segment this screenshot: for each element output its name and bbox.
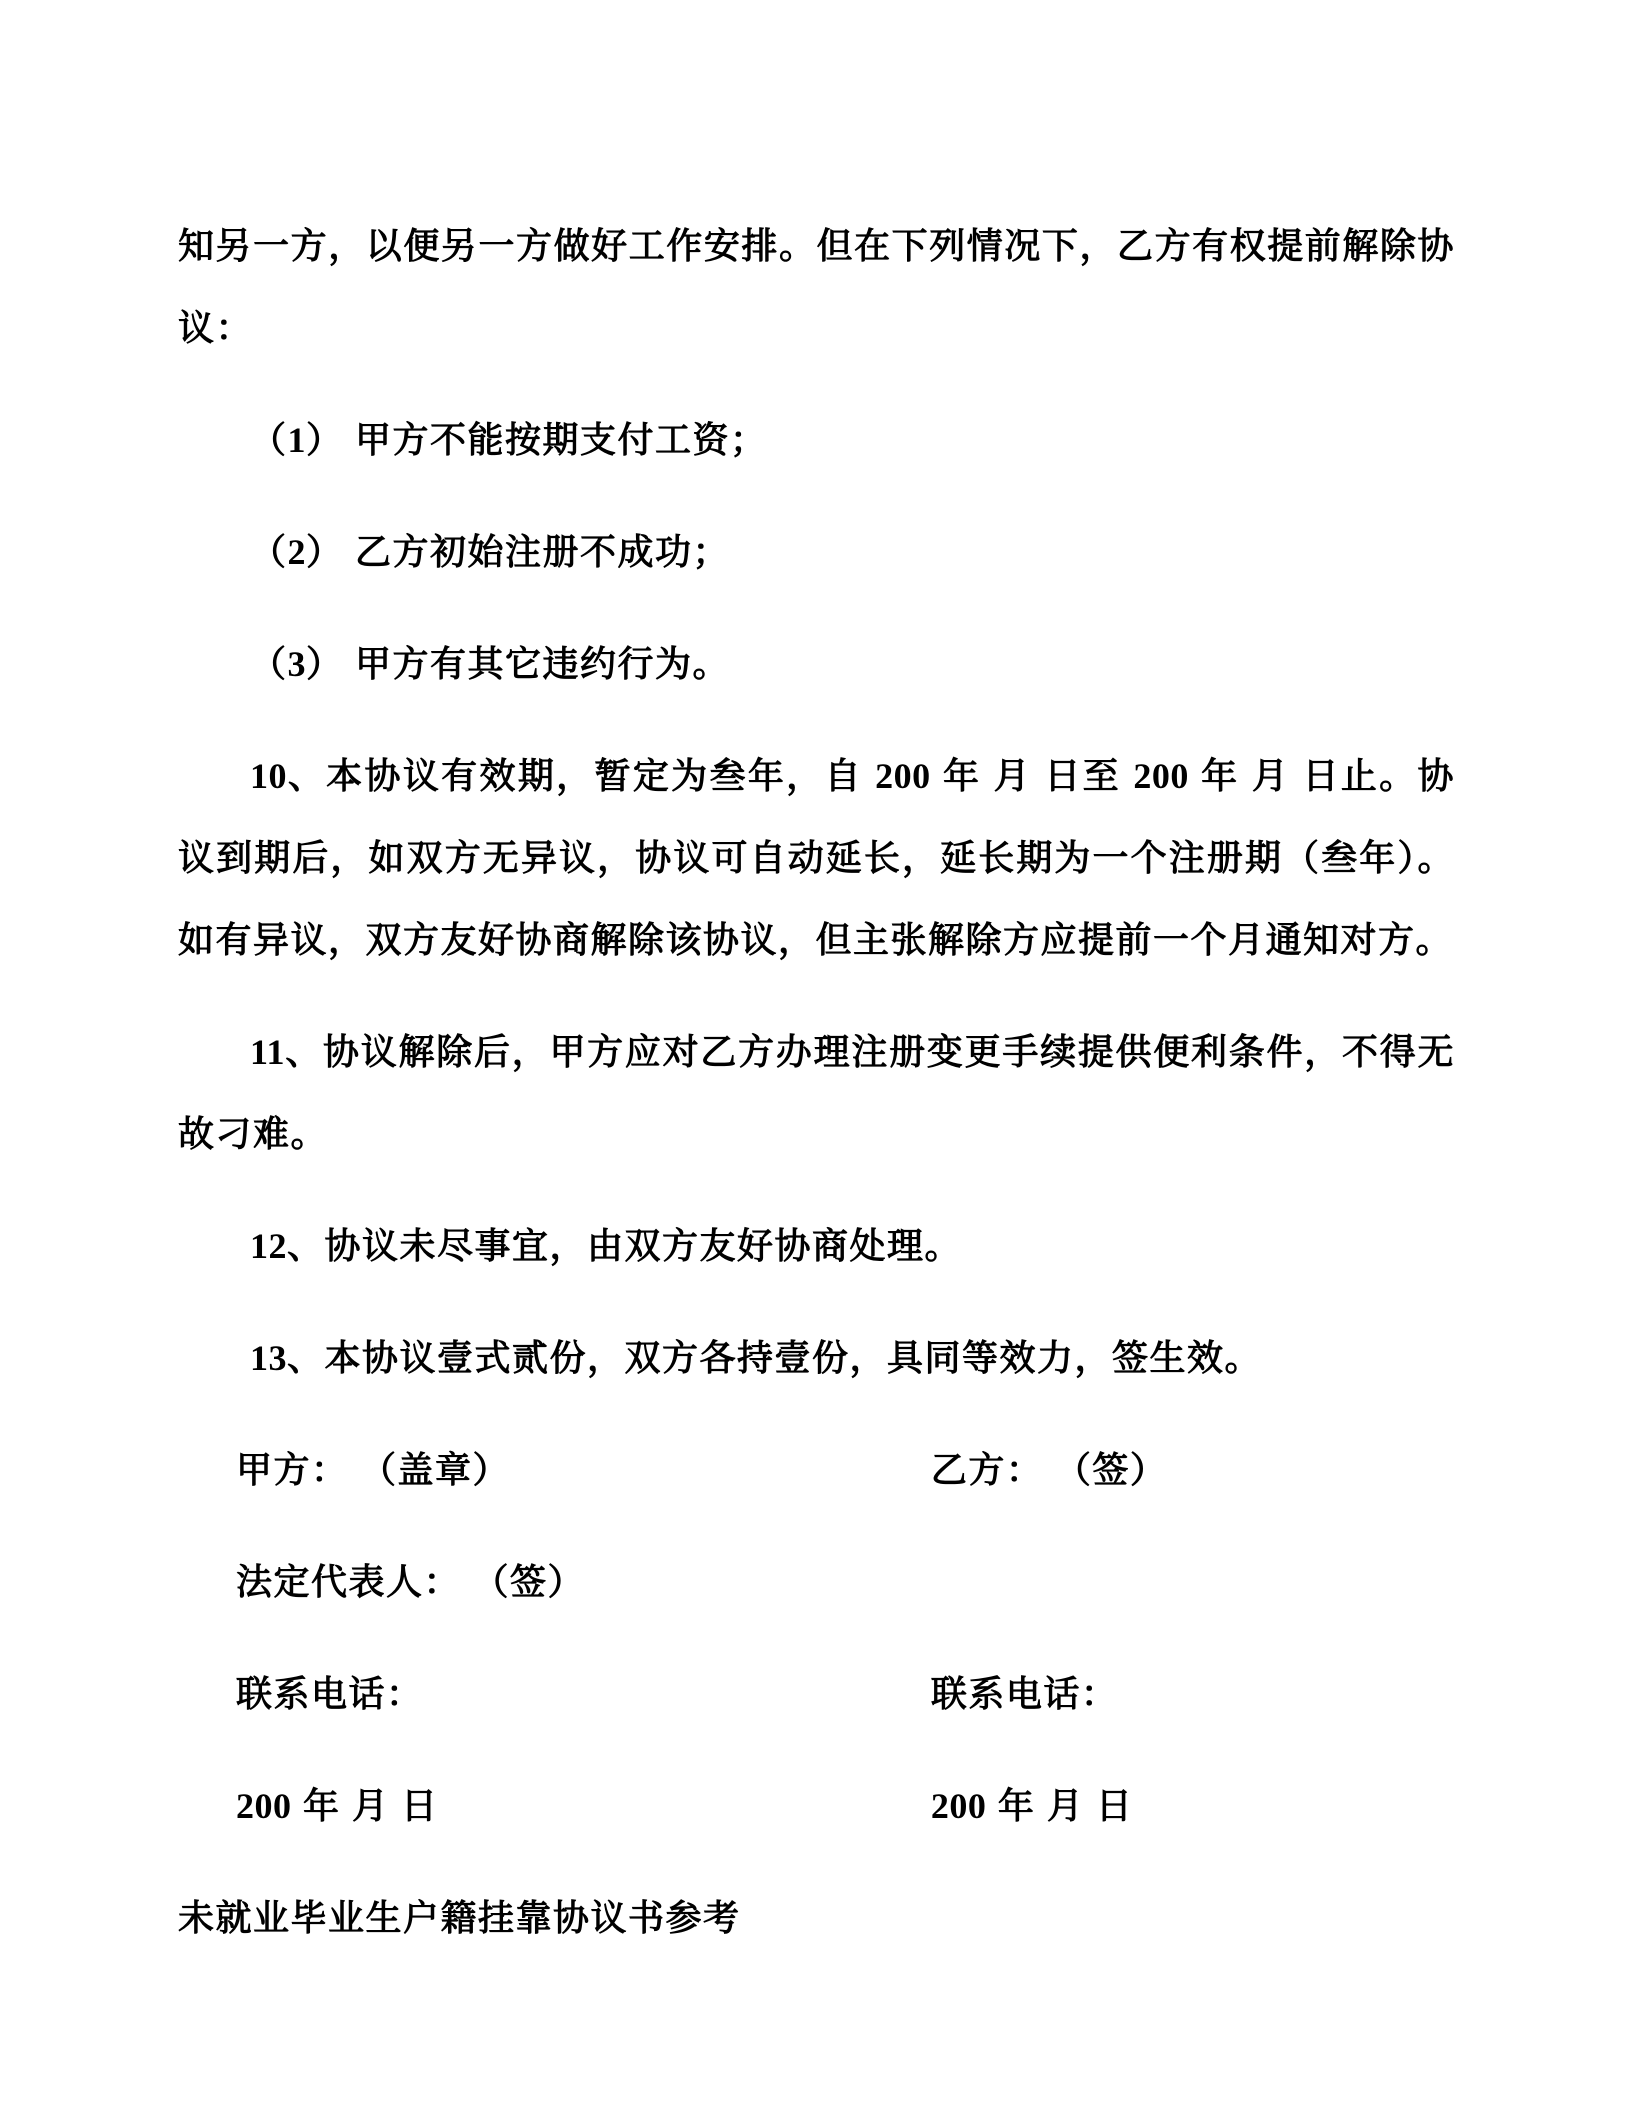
party-b-label: 乙方： （签） (931, 1429, 1455, 1511)
document-page: 知另一方，以便另一方做好工作安排。但在下列情况下，乙方有权提前解除协议： （1）… (0, 0, 1632, 2112)
signature-row-legal-representative: 法定代表人： （签） (178, 1541, 1455, 1623)
clause-11: 11、协议解除后，甲方应对乙方办理注册变更手续提供便利条件，不得无故刁难。 (178, 1011, 1455, 1175)
party-a-date: 200 年 月 日 (236, 1765, 931, 1847)
signature-row-parties: 甲方： （盖章） 乙方： （签） (178, 1429, 1455, 1511)
party-a-label: 甲方： （盖章） (236, 1429, 931, 1511)
clause-12: 12、协议未尽事宜，由双方友好协商处理。 (178, 1205, 1455, 1287)
paragraph-continuation: 知另一方，以便另一方做好工作安排。但在下列情况下，乙方有权提前解除协议： (178, 205, 1455, 369)
party-b-phone-label: 联系电话： (931, 1653, 1455, 1735)
legal-representative-label: 法定代表人： （签） (236, 1541, 931, 1623)
list-item-2: （2） 乙方初始注册不成功； (178, 511, 1455, 593)
clause-10: 10、本协议有效期，暂定为叁年，自 200 年 月 日至 200 年 月 日止。… (178, 735, 1455, 981)
reference-note: 未就业毕业生户籍挂靠协议书参考 (178, 1877, 1455, 1959)
party-a-phone-label: 联系电话： (236, 1653, 931, 1735)
party-b-date: 200 年 月 日 (931, 1765, 1455, 1847)
clause-13: 13、本协议壹式贰份，双方各持壹份，具同等效力，签生效。 (178, 1317, 1455, 1399)
list-item-1: （1） 甲方不能按期支付工资； (178, 399, 1455, 481)
list-item-3: （3） 甲方有其它违约行为。 (178, 623, 1455, 705)
signature-row-phones: 联系电话： 联系电话： (178, 1653, 1455, 1735)
signature-row-dates: 200 年 月 日 200 年 月 日 (178, 1765, 1455, 1847)
